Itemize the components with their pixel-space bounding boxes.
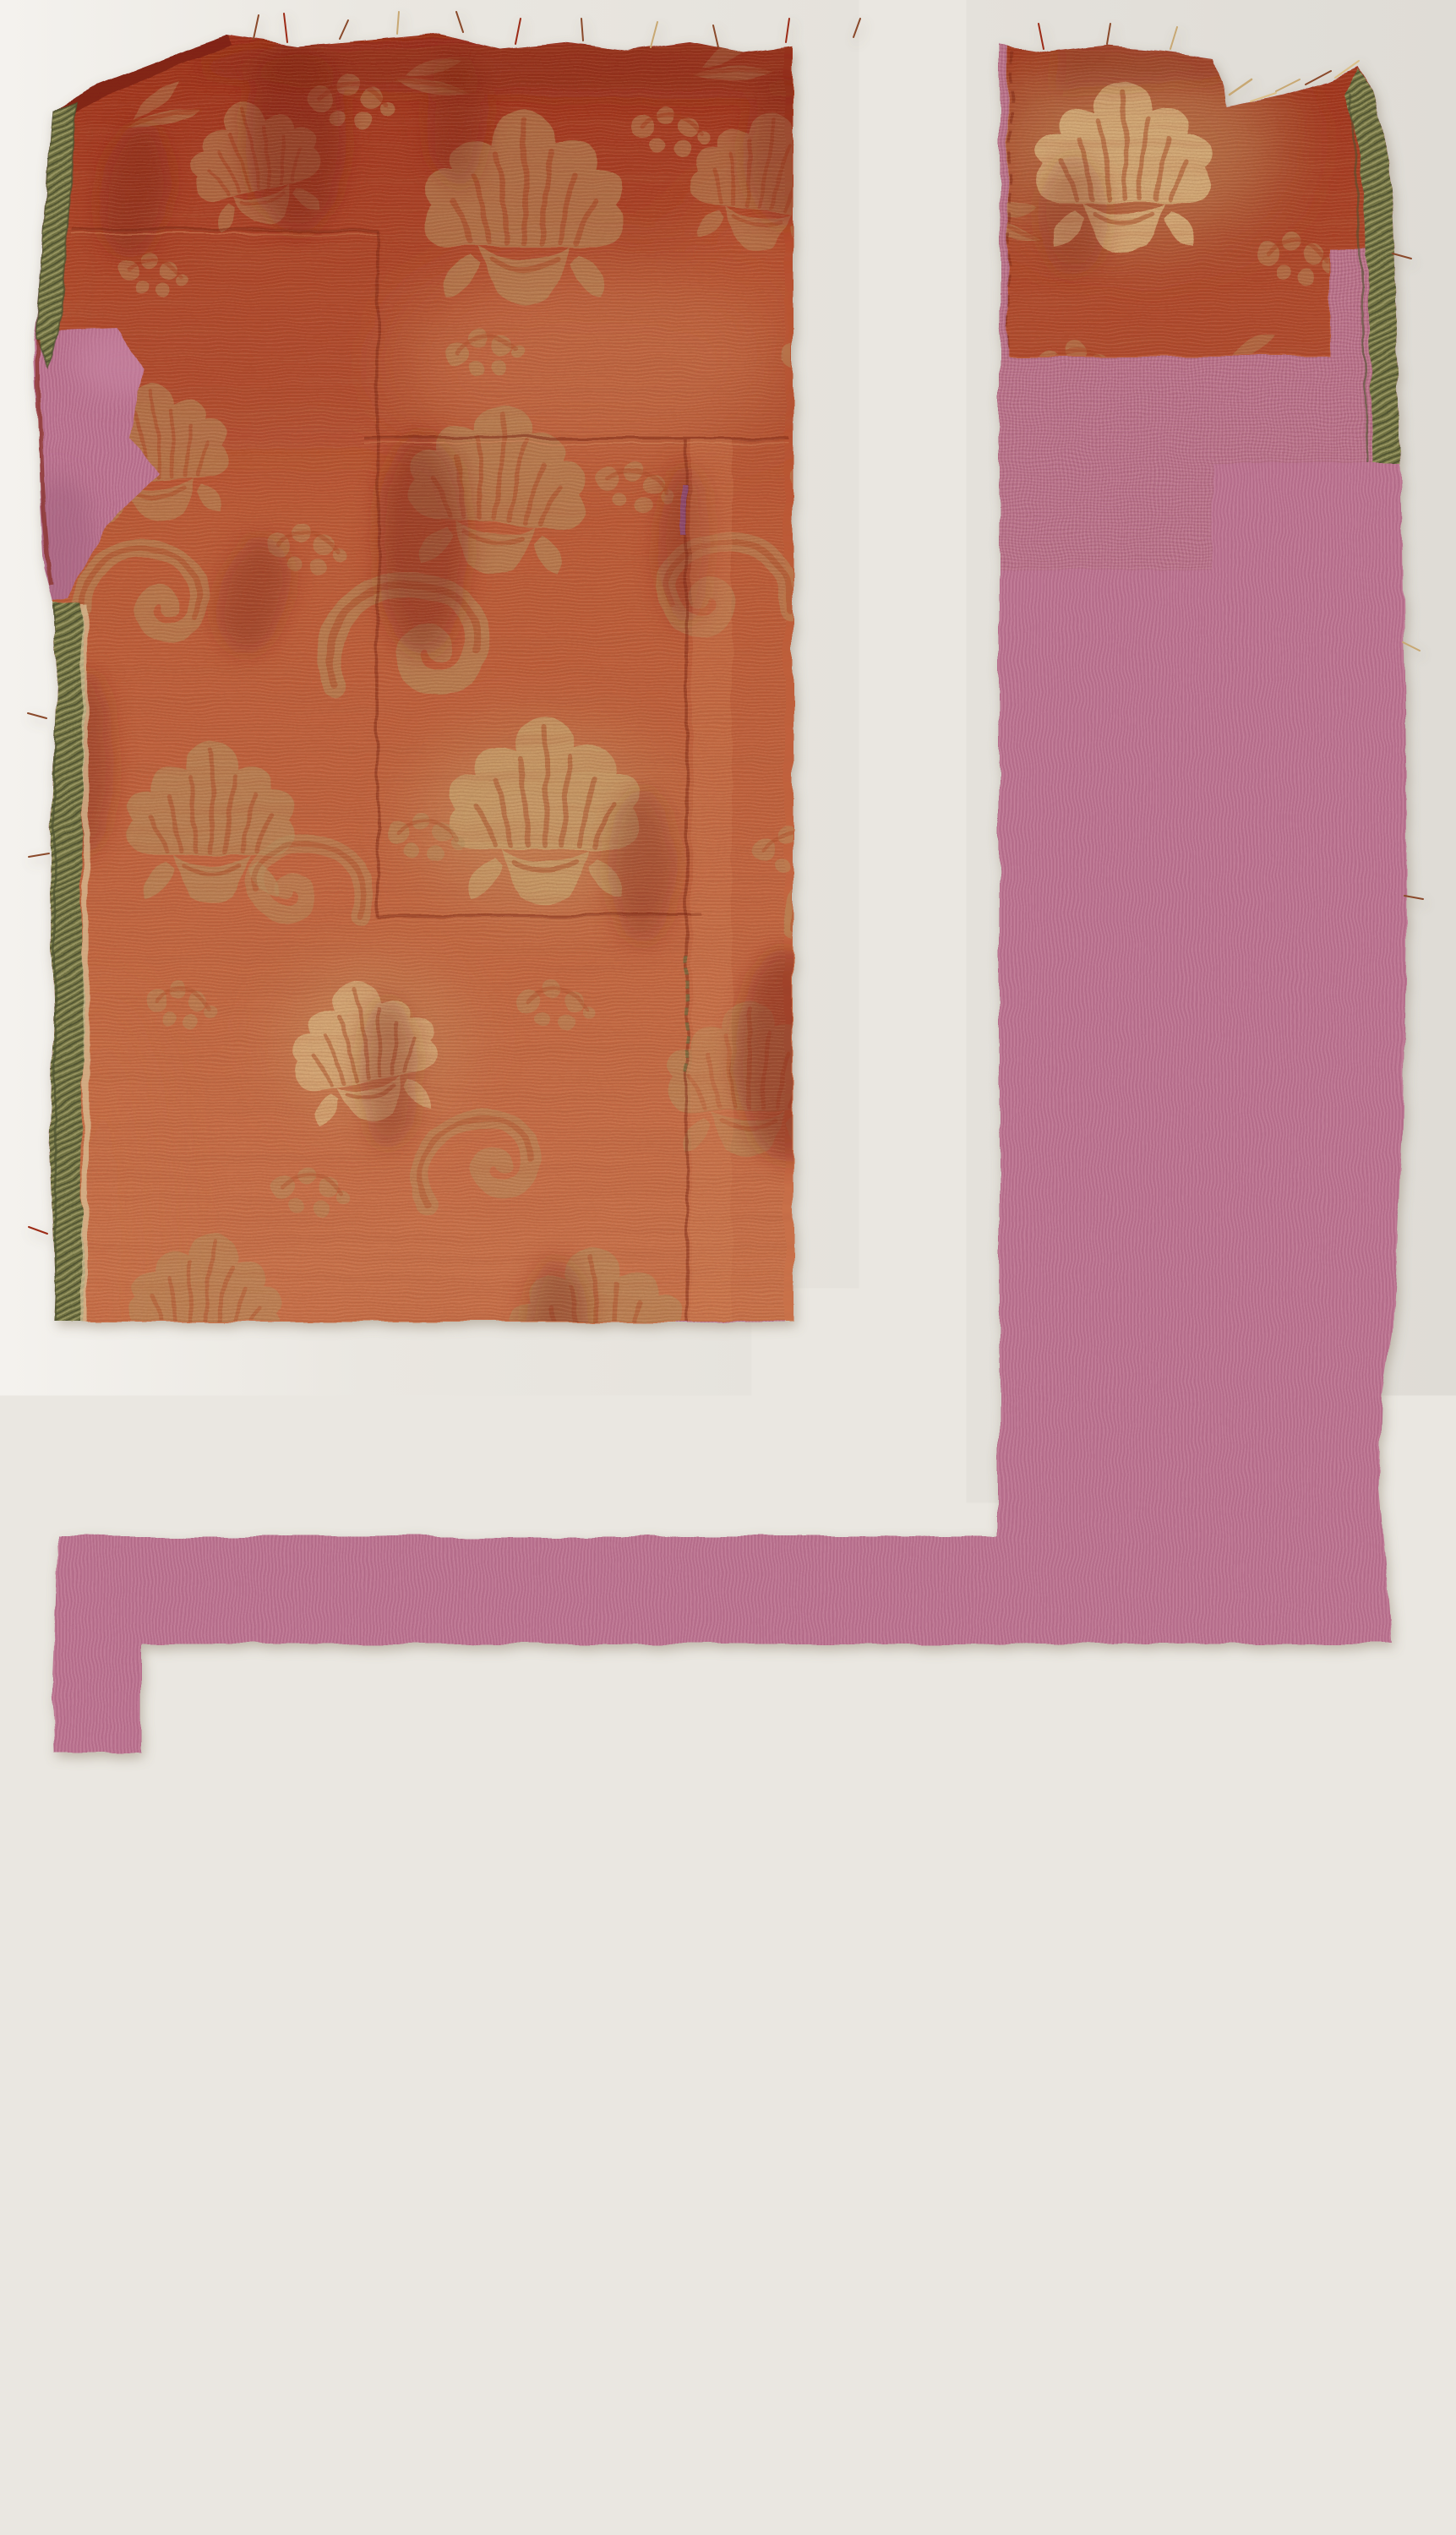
- textile-photograph: [0, 0, 1456, 2535]
- selvage-right-lower: [1371, 1793, 1401, 2125]
- textile-scene: [0, 0, 1456, 2535]
- fabric: [0, 0, 1456, 2535]
- brocade-field: [0, 0, 1456, 2535]
